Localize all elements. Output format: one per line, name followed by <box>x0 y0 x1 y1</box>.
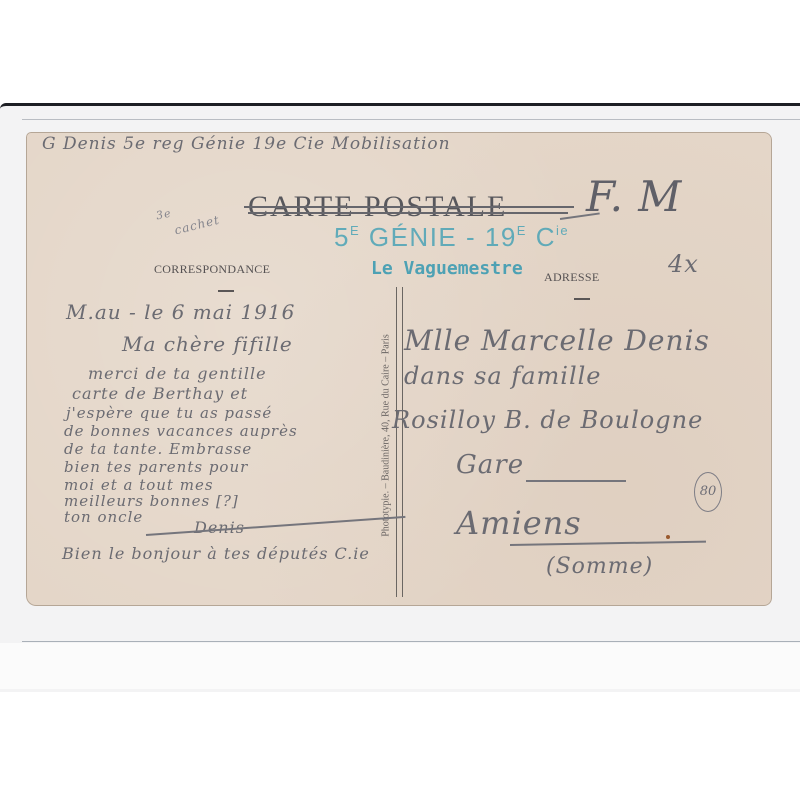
center-divider <box>396 287 403 597</box>
franchise-militaire-mark: F. M <box>586 172 682 221</box>
address-line-city: Amiens <box>456 504 582 542</box>
label-dash <box>218 290 234 292</box>
signature-flourish <box>146 516 405 536</box>
message-line: merci de ta gentille <box>88 364 267 383</box>
message-line: de bonnes vacances auprès <box>64 422 298 440</box>
message-line: de ta tante. Embrasse <box>64 440 252 458</box>
message-line: ton oncle <box>64 508 143 526</box>
message-line: Ma chère fifille <box>122 332 293 356</box>
unit-stamp: 5E GÉNIE - 19E Cie <box>334 222 569 253</box>
stamp-part: 5 <box>334 222 350 252</box>
message-line: M.au - le 6 mai 1916 <box>66 300 295 324</box>
address-line-recipient: Mlle Marcelle Denis <box>404 324 710 357</box>
stamp-part: GÉNIE - 19 <box>360 222 517 252</box>
handwritten-top-margin: G Denis 5e reg Génie 19e Cie Mobilisatio… <box>42 134 451 154</box>
scan-sheet-edge-top <box>22 119 800 120</box>
message-line: j'espère que tu as passé <box>66 404 272 422</box>
vaguemestre-stamp: Le Vaguemestre <box>371 258 523 279</box>
address-line: Rosilloy B. de Boulogne <box>392 406 703 434</box>
correspondance-label: CORRESPONDANCE <box>154 262 270 277</box>
stamp-sup: ie <box>556 223 569 238</box>
postscript-line: Bien le bonjour à tes députés C.ie <box>62 544 370 563</box>
printer-credit: Phototypie. – Baudinière, 40, Rue du Cai… <box>381 316 392 556</box>
address-line-department: (Somme) <box>546 554 653 579</box>
dealer-price-note: 4x <box>668 250 699 278</box>
postcard: G Denis 5e reg Génie 19e Cie Mobilisatio… <box>26 132 772 606</box>
address-underline <box>526 480 626 482</box>
strikethrough-line <box>248 212 568 214</box>
label-dash <box>574 298 590 300</box>
stamp-sup: E <box>517 223 527 238</box>
foxing-spot <box>666 535 670 539</box>
address-line: Gare <box>456 450 524 480</box>
circled-department-number: 80 <box>694 472 722 512</box>
dealer-note-cachet: cachet <box>173 213 221 238</box>
stamp-sup: E <box>350 223 360 238</box>
dealer-note-3e: 3e <box>155 207 173 223</box>
stamp-part: C <box>527 222 556 252</box>
message-line: carte de Berthay et <box>72 384 248 403</box>
strikethrough-line <box>244 206 574 208</box>
scan-sheet-white-margin <box>0 643 800 689</box>
adresse-label: ADRESSE <box>544 270 599 285</box>
address-line: dans sa famille <box>404 362 602 390</box>
scan-sheet-edge-bottom <box>22 641 800 642</box>
message-line: bien tes parents pour <box>64 458 248 476</box>
